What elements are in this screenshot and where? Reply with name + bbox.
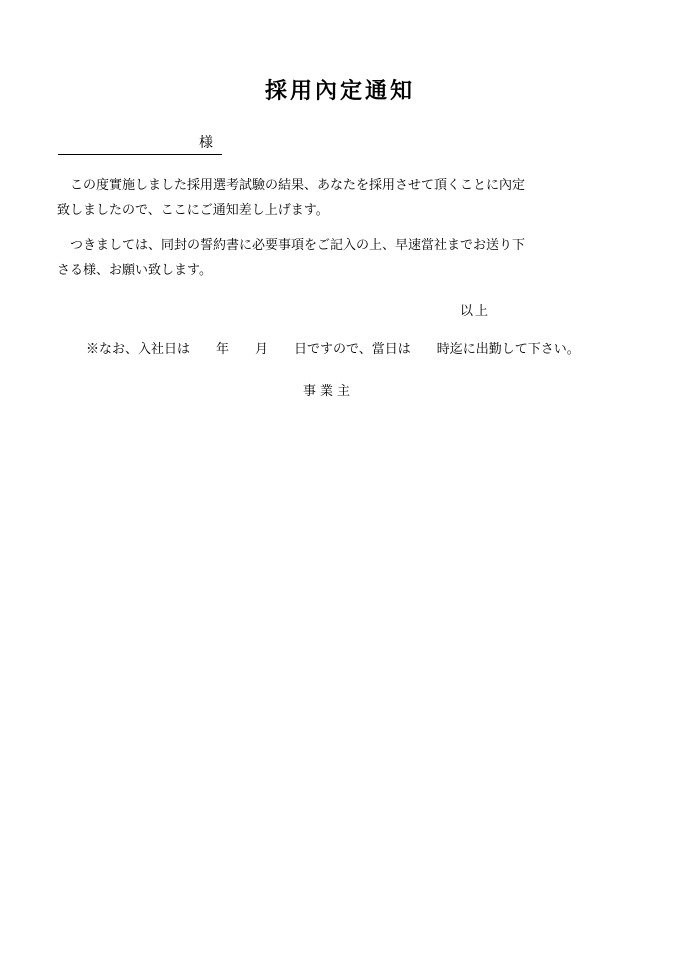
recipient-name-blank: 様 bbox=[58, 132, 222, 155]
document-page: 採用內定通知 様 この度實施しました採用選考試驗の結果、あなたを採用させて頂くこ… bbox=[0, 0, 680, 962]
paragraph-line: 致しましたので、ここにご通知差し上げます。 bbox=[57, 197, 617, 222]
body-paragraph-1: この度實施しました採用選考試驗の結果、あなたを採用させて頂くことに內定 致しまし… bbox=[57, 172, 617, 222]
note-joining-date-line: ※なお、入社日は 年 月 日ですので、當日は 時迄に出勤して下さい。 bbox=[86, 340, 580, 358]
body-paragraph-2: つきましては、同封の誓約書に必要事項をご記入の上、早速當社までお送り下 さる様、… bbox=[57, 232, 617, 282]
document-title: 採用內定通知 bbox=[0, 78, 680, 104]
paragraph-line: つきましては、同封の誓約書に必要事項をご記入の上、早速當社までお送り下 bbox=[57, 232, 617, 257]
closing-marker: 以上 bbox=[57, 302, 490, 319]
recipient-honorific: 様 bbox=[199, 136, 213, 151]
paragraph-line: この度實施しました採用選考試驗の結果、あなたを採用させて頂くことに內定 bbox=[57, 172, 617, 197]
signature-employer: 事業主 bbox=[303, 383, 354, 399]
paragraph-line: さる様、お願い致します。 bbox=[57, 257, 617, 282]
